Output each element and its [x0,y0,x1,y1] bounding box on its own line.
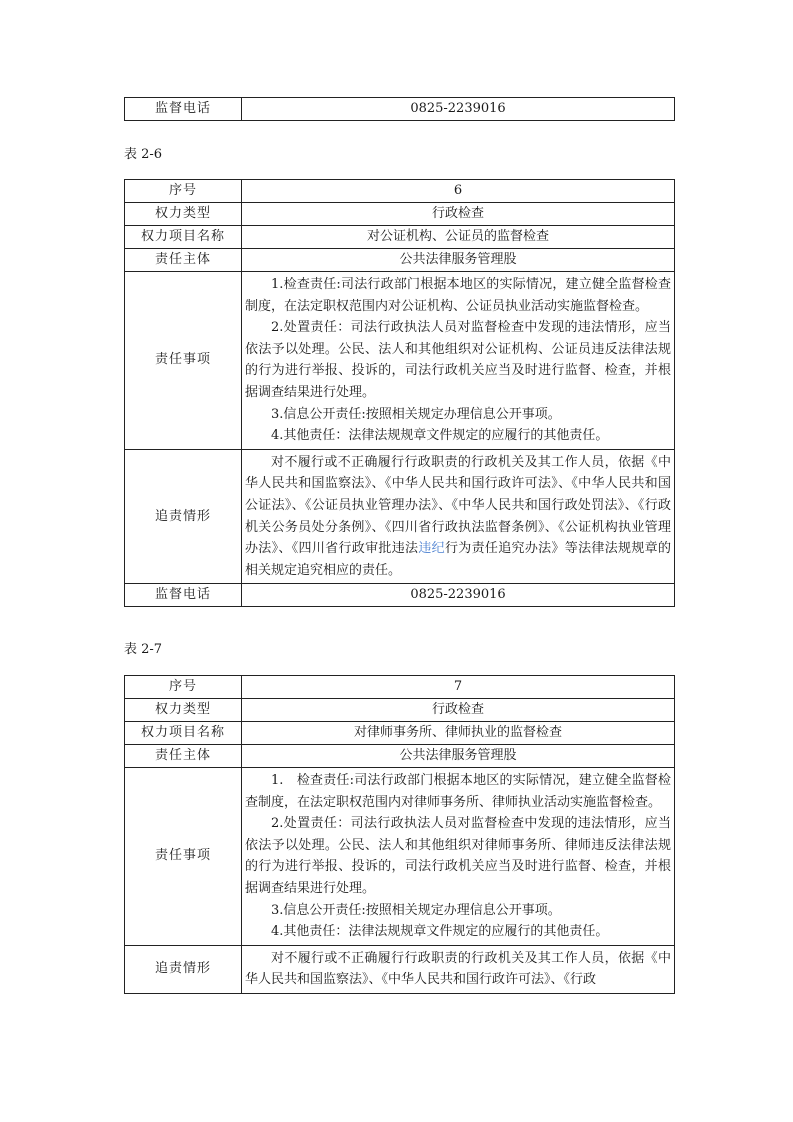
duty-label: 责任事项 [125,768,242,946]
table-2-7: 序号 7 权力类型 行政检查 权力项目名称 对律师事务所、律师执业的监督检查 责… [124,675,675,994]
duty-item: 1. 检查责任:司法行政部门根据本地区的实际情况，建立健全监督检查制度，在法定职… [245,770,671,813]
phone-value: 0825-2239016 [242,584,675,607]
subject-label: 责任主体 [125,745,242,768]
accountability-label: 追责情形 [125,945,242,993]
accountability-label: 追责情形 [125,449,242,584]
duty-label: 责任事项 [125,272,242,450]
accountability-content: 对不履行或不正确履行行政职责的行政机关及其工作人员，依据《中华人民共和国监察法》… [242,449,675,584]
seq-label: 序号 [125,676,242,699]
duty-item: 4.其他责任：法律法规规章文件规定的应履行的其他责任。 [245,921,671,943]
phone-label: 监督电话 [125,98,242,121]
subject-value: 公共法律服务管理股 [242,745,675,768]
top-table: 监督电话 0825-2239016 [124,97,675,121]
table-2-6-caption: 表 2-6 [124,143,162,162]
name-value: 对公证机构、公证员的监督检查 [242,226,675,249]
duty-item: 1.检查责任:司法行政部门根据本地区的实际情况，建立健全监督检查制度，在法定职权… [245,274,671,317]
name-label: 权力项目名称 [125,226,242,249]
type-value: 行政检查 [242,699,675,722]
accountability-content: 对不履行或不正确履行行政职责的行政机关及其工作人员，依据《中华人民共和国监察法》… [242,945,675,993]
name-label: 权力项目名称 [125,722,242,745]
phone-label: 监督电话 [125,584,242,607]
subject-label: 责任主体 [125,249,242,272]
type-label: 权力类型 [125,699,242,722]
duty-content: 1.检查责任:司法行政部门根据本地区的实际情况，建立健全监督检查制度，在法定职权… [242,272,675,450]
accountability-link[interactable]: 违纪 [418,541,445,556]
duty-item: 2.处置责任：司法行政执法人员对监督检查中发现的违法情形，应当依法予以处理。公民… [245,317,671,403]
duty-item: 3.信息公开责任:按照相关规定办理信息公开事项。 [245,900,671,922]
seq-label: 序号 [125,180,242,203]
duty-item: 2.处置责任：司法行政执法人员对监督检查中发现的违法情形，应当依法予以处理。公民… [245,813,671,899]
table-2-7-caption: 表 2-7 [124,638,162,657]
subject-value: 公共法律服务管理股 [242,249,675,272]
seq-value: 7 [242,676,675,699]
duty-item: 3.信息公开责任:按照相关规定办理信息公开事项。 [245,404,671,426]
seq-value: 6 [242,180,675,203]
type-value: 行政检查 [242,203,675,226]
name-value: 对律师事务所、律师执业的监督检查 [242,722,675,745]
table-2-6: 序号 6 权力类型 行政检查 权力项目名称 对公证机构、公证员的监督检查 责任主… [124,179,675,607]
duty-content: 1. 检查责任:司法行政部门根据本地区的实际情况，建立健全监督检查制度，在法定职… [242,768,675,946]
duty-item: 4.其他责任：法律法规规章文件规定的应履行的其他责任。 [245,425,671,447]
phone-value: 0825-2239016 [242,98,675,121]
type-label: 权力类型 [125,203,242,226]
accountability-text: 对不履行或不正确履行行政职责的行政机关及其工作人员，依据《中华人民共和国监察法》… [245,948,671,991]
